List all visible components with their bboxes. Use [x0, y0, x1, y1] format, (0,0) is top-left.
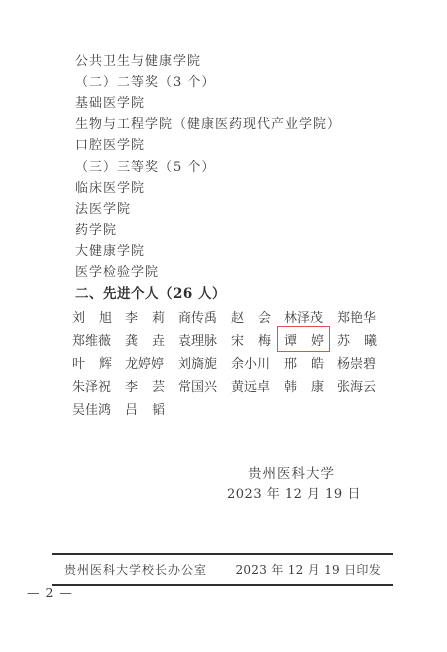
name-character: 曦 [364, 330, 377, 349]
footer-issuing-office: 贵州医科大学校长办公室 [64, 561, 207, 578]
body-line: 公共卫生与健康学院 [75, 49, 417, 70]
person-name: 龚垚 [125, 330, 165, 349]
signature-organization: 贵州医科大学 [248, 462, 335, 482]
body-line: 生物与工程学院（健康医药现代产业学院） [75, 112, 417, 133]
footer-print-date: 2023 年 12 月 19 日印发 [235, 561, 381, 578]
person-name: 李莉 [125, 307, 165, 326]
document-body: 公共卫生与健康学院（二）二等奖（3 个）基础医学院生物与工程学院（健康医药现代产… [75, 49, 417, 420]
body-line: 口腔医学院 [75, 133, 417, 154]
person-name: 袁理脉 [178, 330, 218, 349]
body-line: 医学检验学院 [75, 260, 417, 281]
signature-date: 2023 年 12 月 19 日 [227, 483, 361, 502]
person-name: 李芸 [125, 376, 165, 395]
person-name: 吴佳鸿 [72, 399, 112, 418]
highlighted-name: 谭婷 [284, 330, 324, 349]
person-name: 龙婷婷 [125, 353, 165, 372]
name-character: 韬 [152, 399, 165, 418]
name-character: 皓 [311, 353, 324, 372]
page-number: — 2 — [27, 585, 73, 600]
person-name: 朱泽祝 [72, 376, 112, 395]
person-name: 林泽茂 [284, 307, 324, 326]
name-character: 梅 [258, 330, 271, 349]
name-character: 谭 [284, 330, 297, 349]
body-line: （三）三等奖（5 个） [75, 154, 417, 175]
name-character: 苏 [337, 330, 350, 349]
name-character: 垚 [152, 330, 165, 349]
name-character: 辉 [99, 353, 112, 372]
person-name: 商传禹 [178, 307, 218, 326]
name-character: 吕 [125, 399, 138, 418]
name-character: 莉 [152, 307, 165, 326]
person-name: 杨崇碧 [337, 353, 377, 372]
person-name: 余小川 [231, 353, 271, 372]
body-line: 基础医学院 [75, 91, 417, 112]
document-page: 公共卫生与健康学院（二）二等奖（3 个）基础医学院生物与工程学院（健康医药现代产… [0, 0, 447, 652]
section-heading: 二、先进个人（26 人） [75, 281, 417, 302]
body-line: 临床医学院 [75, 176, 417, 197]
name-character: 康 [311, 376, 324, 395]
person-name: 张海云 [337, 376, 377, 395]
body-line: 法医学院 [75, 197, 417, 218]
footer-imprint: 贵州医科大学校长办公室 2023 年 12 月 19 日印发 [52, 553, 393, 586]
body-lines: 公共卫生与健康学院（二）二等奖（3 个）基础医学院生物与工程学院（健康医药现代产… [75, 49, 417, 302]
name-character: 刘 [72, 307, 85, 326]
body-line: 药学院 [75, 218, 417, 239]
person-name: 刘旭 [72, 307, 112, 326]
person-name: 邢皓 [284, 353, 324, 372]
person-name: 郑维薇 [72, 330, 112, 349]
name-character: 会 [258, 307, 271, 326]
person-name: 常国兴 [178, 376, 218, 395]
name-character: 邢 [284, 353, 297, 372]
name-character: 李 [125, 307, 138, 326]
name-character: 芸 [152, 376, 165, 395]
person-name: 黄远卓 [231, 376, 271, 395]
person-name: 郑艳华 [337, 307, 377, 326]
person-name: 苏曦 [337, 330, 377, 349]
person-name: 赵会 [231, 307, 271, 326]
name-character: 龚 [125, 330, 138, 349]
name-character: 李 [125, 376, 138, 395]
name-character: 宋 [231, 330, 244, 349]
body-line: 大健康学院 [75, 239, 417, 260]
person-name: 宋梅 [231, 330, 271, 349]
name-character: 赵 [231, 307, 244, 326]
person-name: 韩康 [284, 376, 324, 395]
name-character: 叶 [72, 353, 85, 372]
person-name: 叶辉 [72, 353, 112, 372]
person-name: 刘旖旎 [178, 353, 218, 372]
body-line: （二）二等奖（3 个） [75, 70, 417, 91]
names-grid: 刘旭李莉商传禹赵会林泽茂郑艳华郑维薇龚垚袁理脉宋梅谭婷苏曦叶辉龙婷婷刘旖旎余小川… [72, 305, 417, 420]
person-name: 吕韬 [125, 399, 165, 418]
name-character: 旭 [99, 307, 112, 326]
name-character: 韩 [284, 376, 297, 395]
name-character: 婷 [311, 330, 324, 349]
